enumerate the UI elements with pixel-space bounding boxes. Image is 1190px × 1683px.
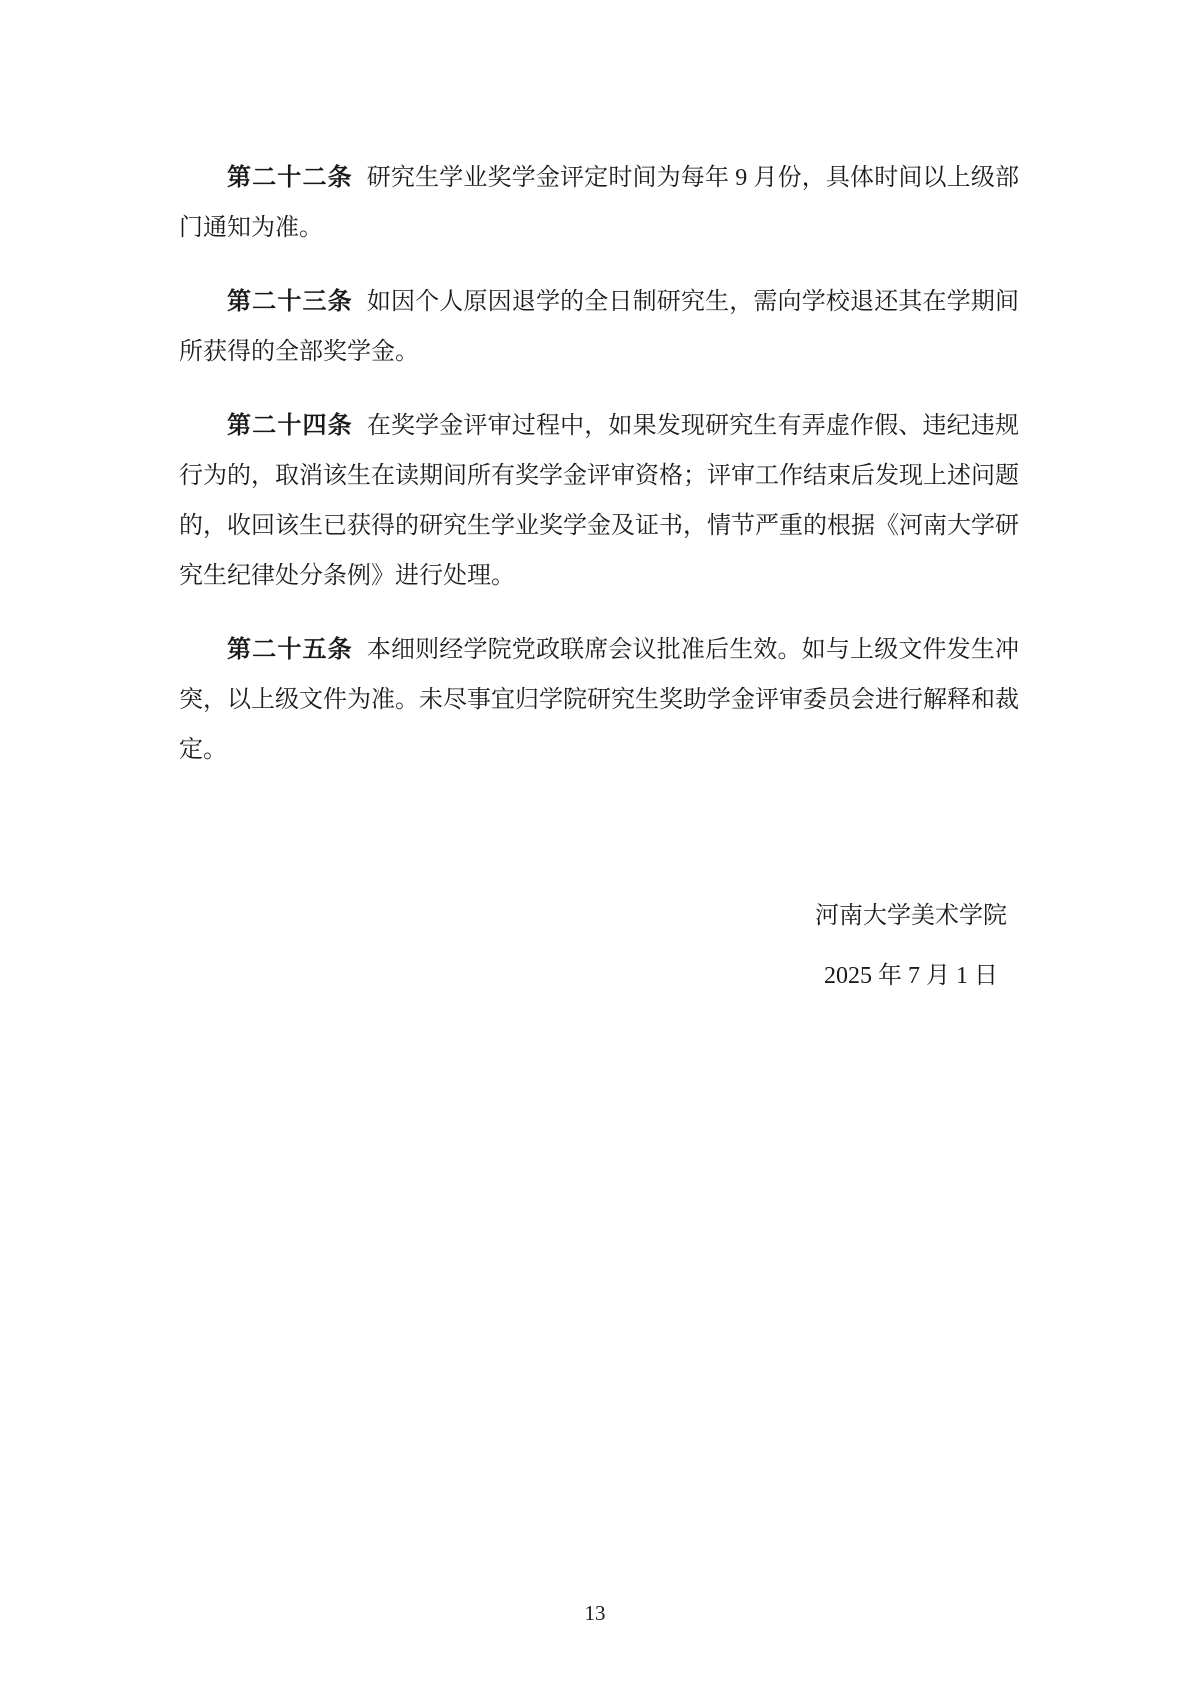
signature-organization: 河南大学美术学院 bbox=[700, 886, 1122, 946]
article-paragraph: 第二十五条本细则经学院党政联席会议批准后生效。如与上级文件发生冲突，以上级文件为… bbox=[179, 625, 1019, 775]
signature-date: 2025 年 7 月 1 日 bbox=[700, 946, 1122, 1006]
article-paragraph: 第二十三条如因个人原因退学的全日制研究生，需向学校退还其在学期间所获得的全部奖学… bbox=[179, 277, 1019, 377]
document-body: 第二十二条研究生学业奖学金评定时间为每年 9 月份，具体时间以上级部门通知为准。… bbox=[179, 153, 1019, 799]
article-paragraph: 第二十二条研究生学业奖学金评定时间为每年 9 月份，具体时间以上级部门通知为准。 bbox=[179, 153, 1019, 253]
article-text: 在奖学金评审过程中，如果发现研究生有弄虚作假、违纪违规行为的，取消该生在读期间所… bbox=[179, 413, 1019, 589]
article-number: 第二十三条 bbox=[227, 288, 353, 315]
article-paragraph: 第二十四条在奖学金评审过程中，如果发现研究生有弄虚作假、违纪违规行为的，取消该生… bbox=[179, 401, 1019, 601]
page-number: 13 bbox=[0, 1596, 1190, 1630]
signature-block: 河南大学美术学院 2025 年 7 月 1 日 bbox=[700, 886, 1122, 1006]
article-number: 第二十五条 bbox=[227, 636, 353, 663]
document-page: 第二十二条研究生学业奖学金评定时间为每年 9 月份，具体时间以上级部门通知为准。… bbox=[0, 0, 1190, 1683]
article-number: 第二十四条 bbox=[227, 412, 353, 439]
article-number: 第二十二条 bbox=[227, 164, 353, 191]
